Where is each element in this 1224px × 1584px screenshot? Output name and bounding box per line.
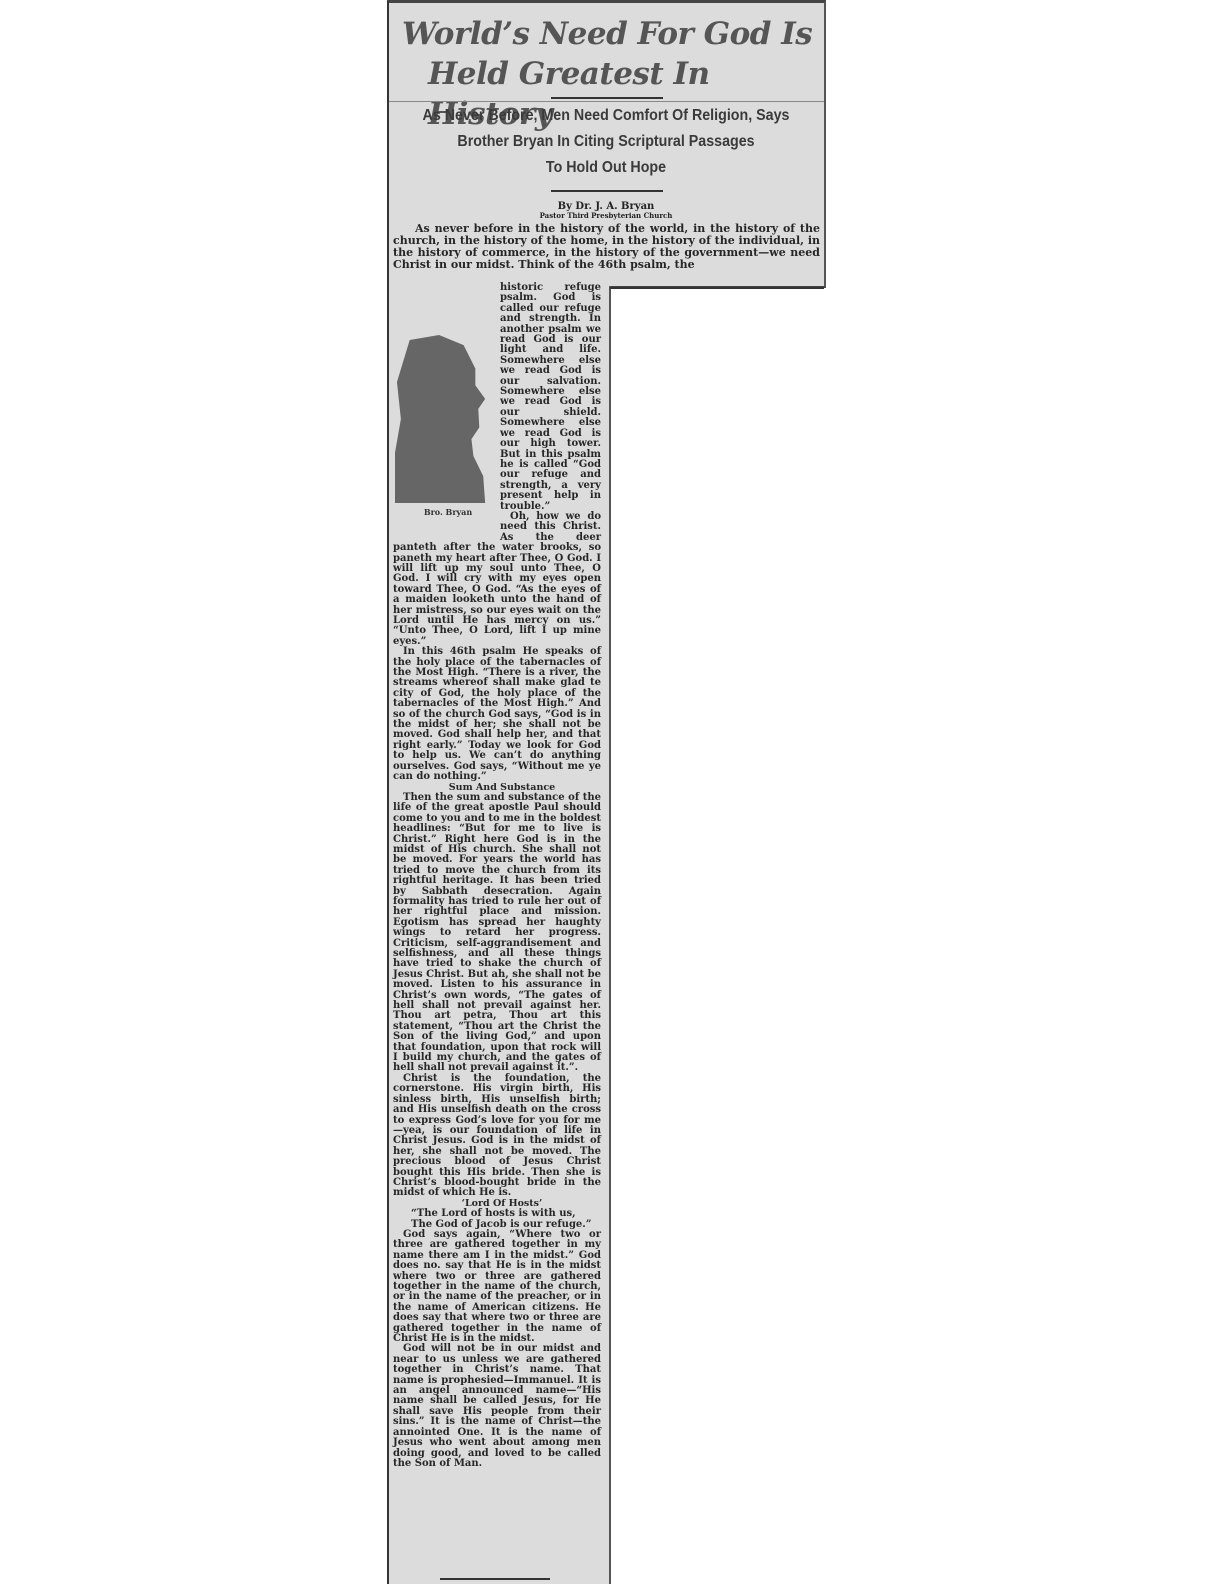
headline-divider	[551, 97, 663, 99]
subhead-top-line	[389, 101, 824, 102]
byline-title: Pastor Third Presbyterian Church	[390, 212, 822, 220]
intro-paragraph: As never before in the history of the wo…	[393, 223, 820, 271]
paragraph-1-text: historic refuge psalm. God is called our…	[500, 282, 601, 512]
subheadline-line-2: Brother Bryan In Citing Scriptural Passa…	[407, 129, 804, 155]
subheadline: As Never Before, Men Need Comfort Of Rel…	[407, 103, 804, 181]
paragraph-6: God says again, “Where two or three are …	[393, 1230, 601, 1344]
subheadline-line-3: To Hold Out Hope	[407, 155, 804, 181]
headline-line-1: World’s Need For God Is	[400, 14, 820, 54]
photo-caption: Bro. Bryan	[403, 507, 493, 517]
poem-line-1: “The Lord of hosts is with us,	[393, 1209, 601, 1219]
article-body-column: Bro. Bryan historic refuge psalm. God is…	[393, 283, 601, 1469]
paragraph-5: Christ is the foundation, the cornerston…	[393, 1074, 601, 1199]
byline: By Dr. J. A. Bryan Pastor Third Presbyte…	[390, 201, 822, 220]
intro-text: As never before in the history of the wo…	[393, 222, 820, 271]
photo-frame: Bro. Bryan	[393, 283, 496, 533]
column-break-rule	[610, 287, 824, 289]
article-end-rule	[440, 1578, 550, 1580]
portrait-photo	[395, 335, 493, 503]
subheadline-line-1: As Never Before, Men Need Comfort Of Rel…	[407, 103, 804, 129]
paragraph-1: Bro. Bryan historic refuge psalm. God is…	[393, 283, 601, 512]
paragraph-7: God will not be in our midst and near to…	[393, 1344, 601, 1469]
paragraph-3: In this 46th psalm He speaks of the holy…	[393, 647, 601, 782]
subhead-divider	[551, 190, 663, 192]
paragraph-4: Then the sum and substance of the life o…	[393, 793, 601, 1074]
